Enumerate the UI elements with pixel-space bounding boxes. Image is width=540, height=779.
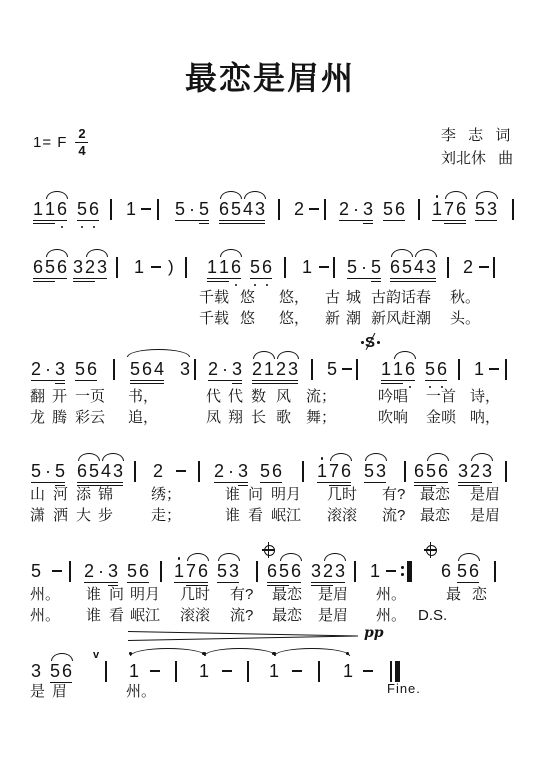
note-char: 6 (271, 462, 283, 480)
note-char: 1 (473, 360, 485, 378)
lyric-word: 追， (128, 410, 158, 426)
beam-line (232, 383, 242, 384)
tie-dot (273, 652, 276, 655)
key-text: 1= F (33, 134, 67, 151)
lyric-word: 悠 (240, 311, 255, 327)
note-char: 1 (369, 562, 381, 580)
note-char: 2 (251, 360, 263, 378)
note-char: 5 (216, 562, 228, 580)
slur-arc (46, 249, 68, 257)
beam-line (33, 281, 55, 282)
lyric-word: 问 (248, 487, 263, 503)
beam-line (33, 220, 67, 221)
slur-arc (51, 653, 73, 661)
note-char: 3 (362, 200, 374, 218)
barline (247, 661, 249, 682)
lyric-word: 滚滚 (180, 608, 210, 624)
note-group: 2·3 (213, 462, 249, 480)
barline (194, 359, 196, 380)
note-group: 1 (133, 258, 145, 276)
note-group: 2·3 (83, 562, 119, 580)
lyric-word: 是眉 (318, 587, 348, 603)
note-group: 56 (249, 258, 273, 276)
slur-arc (280, 553, 302, 561)
lyric-word: 翔 (228, 410, 243, 426)
slur-arc (253, 351, 275, 359)
note-char: 3 (112, 462, 124, 480)
lyric-word: 千载 (199, 290, 229, 306)
note-group: 656 (32, 258, 68, 276)
note-char: 5 (259, 462, 271, 480)
segno-icon (361, 341, 364, 344)
tie-arc (274, 648, 350, 656)
barline (157, 199, 159, 220)
note-group: 56 (456, 562, 480, 580)
note-char: 1 (268, 662, 280, 680)
barline (105, 661, 107, 682)
lyric-word: 最 (446, 587, 461, 603)
lyric-word: 最恋 (420, 487, 450, 503)
lyric-word: 最恋 (420, 508, 450, 524)
note-group: 1 (125, 200, 137, 218)
lyric-word: 大 (76, 508, 91, 524)
note-char: · (95, 562, 107, 580)
lyric-word: 翻 (30, 389, 45, 405)
note-char: · (42, 360, 54, 378)
note-char: 5 (474, 200, 486, 218)
beam-line (84, 582, 118, 583)
note-char: 5 (346, 258, 358, 276)
note-char: 3 (107, 562, 119, 580)
note-char: 2 (207, 360, 219, 378)
lyric-word: 代 (206, 389, 221, 405)
beam-line (475, 220, 497, 221)
note-char: 1 (301, 258, 313, 276)
note-char: 6 (56, 200, 68, 218)
note-char: 1 (392, 360, 404, 378)
tie-arc (130, 648, 206, 656)
beam-line (432, 220, 466, 221)
octave-dot-above (178, 557, 181, 560)
barline (284, 257, 286, 278)
barline (256, 561, 258, 582)
lyric-word: 潮 (346, 311, 361, 327)
note-char: 1 (125, 200, 137, 218)
note-char: 5 (76, 200, 88, 218)
note-char: 5 (129, 360, 141, 378)
slur-arc (277, 351, 299, 359)
note-char: 6 (290, 562, 302, 580)
octave-dot-below (93, 226, 96, 229)
barline (110, 199, 112, 220)
note-group: 656 (266, 562, 302, 580)
barline (160, 561, 162, 582)
beam-line (214, 482, 248, 483)
lyric-word: 岷江 (271, 508, 301, 524)
slur-arc (324, 553, 346, 561)
beam-line (75, 380, 97, 381)
note-group: 2 (462, 258, 474, 276)
lyric-word: 秋。 (450, 290, 480, 306)
note-group: 2 (293, 200, 305, 218)
beam-line (444, 223, 466, 224)
note-group: 2·3 (338, 200, 374, 218)
composer-credit: 刘北休 曲 (441, 147, 513, 168)
barline (311, 359, 313, 380)
octave-dot-below (409, 386, 412, 389)
note-char: 4 (242, 200, 254, 218)
lyric-word: 古 (325, 290, 340, 306)
lyric-word: 州。 (30, 608, 60, 624)
beam-line (252, 383, 298, 384)
note-group: 116 (32, 200, 68, 218)
lyric-word: 州。 (376, 608, 406, 624)
lyric-word: 有? (230, 587, 253, 603)
note-char: 3 (457, 462, 469, 480)
beam-line (252, 380, 298, 381)
note-group: 53 (363, 462, 387, 480)
lyric-word: 锦 (98, 487, 113, 503)
note-group: 2·3 (30, 360, 66, 378)
beam-line (339, 220, 373, 221)
beam-line (73, 281, 95, 282)
lyric-word: 腾 (52, 410, 67, 426)
note-char: 6 (389, 258, 401, 276)
barline (418, 199, 420, 220)
note-char: 5 (30, 562, 42, 580)
octave-dot-above (321, 457, 324, 460)
barline (494, 561, 496, 582)
slur-arc (415, 249, 437, 257)
note-group: 2·3 (207, 360, 243, 378)
time-numerator: 2 (78, 127, 85, 140)
duration-dash (176, 470, 186, 472)
note-char: 6 (436, 360, 448, 378)
beam-line (381, 380, 415, 381)
barline (458, 359, 460, 380)
barline (324, 199, 326, 220)
beam-line (217, 582, 239, 583)
slur-arc (471, 453, 493, 461)
beam-line (390, 278, 436, 279)
note-group: 116 (380, 360, 416, 378)
beam-line (33, 278, 67, 279)
octave-dot-below (235, 284, 238, 287)
note-char: 2 (213, 462, 225, 480)
beam-line (311, 582, 345, 583)
duration-dash (489, 368, 499, 370)
note-char: 6 (76, 462, 88, 480)
note-char: 5 (401, 258, 413, 276)
lyric-word: 新 (325, 311, 340, 327)
note-group: 5 (30, 562, 42, 580)
lyric-word: 添 (76, 487, 91, 503)
beam-line (73, 278, 107, 279)
beam-line (317, 482, 351, 483)
lyric-word: 诗， (470, 389, 500, 405)
lyric-word: 潇 (30, 508, 45, 524)
note-char: 6 (340, 462, 352, 480)
lyric-word: 谁 (86, 608, 101, 624)
coda-icon (264, 545, 275, 556)
note-char: · (358, 258, 370, 276)
note-char: 6 (218, 200, 230, 218)
note-group: 6543 (218, 200, 266, 218)
note-char: 5 (363, 462, 375, 480)
slur-arc (46, 191, 68, 199)
note-group: 323 (457, 462, 493, 480)
barline (505, 461, 507, 482)
note-char: 2 (83, 562, 95, 580)
note-group: 1 (301, 258, 313, 276)
beam-line (175, 220, 209, 221)
note-group: 56 (382, 200, 406, 218)
lyric-word: 流? (230, 608, 253, 624)
lyric-word: 是 (30, 684, 45, 700)
note-char: 1 (198, 662, 210, 680)
lyric-word: 看 (248, 508, 263, 524)
note-char: 1 (342, 662, 354, 680)
note-char: 1 (128, 662, 140, 680)
paren-mark: ) (168, 258, 174, 276)
note-char: 3 (30, 662, 42, 680)
note-char: 5 (424, 360, 436, 378)
note-char: 2 (30, 360, 42, 378)
note-group: 1 (128, 662, 140, 680)
note-char: 4 (413, 258, 425, 276)
duration-dash (150, 670, 160, 672)
beam-line (31, 380, 65, 381)
note-char: 5 (456, 562, 468, 580)
sheet-music-page: 最恋是眉州 1= F 2 4 李 志 词 刘北休 曲 1165615·56543… (0, 0, 540, 779)
lyric-word: 千载 (199, 311, 229, 327)
lyric-word: 吟唱 (378, 389, 408, 405)
lyric-word: 走； (151, 508, 181, 524)
beam-line (77, 220, 99, 221)
duration-dash (309, 208, 319, 210)
lyric-word: 滚滚 (327, 508, 357, 524)
note-group: 56 (74, 360, 98, 378)
lyric-word: 最恋 (272, 608, 302, 624)
note-group: 5·5 (174, 200, 210, 218)
note-char: 4 (153, 360, 165, 378)
lyric-word: 一首 (426, 389, 456, 405)
note-char: · (42, 462, 54, 480)
duration-dash (222, 670, 232, 672)
note-group: 1 (268, 662, 280, 680)
key-signature: 1= F 2 4 (33, 127, 88, 157)
beam-line (130, 380, 164, 381)
beam-line (199, 223, 209, 224)
barline (302, 461, 304, 482)
lyric-word: 头。 (450, 311, 480, 327)
barline (113, 359, 115, 380)
slur-arc (78, 453, 100, 461)
note-group: 656 (413, 462, 449, 480)
note-char: 3 (287, 360, 299, 378)
note-char: 5 (425, 462, 437, 480)
note-char: 2 (462, 258, 474, 276)
note-char: 6 (141, 360, 153, 378)
barline (404, 461, 406, 482)
note-char: 7 (185, 562, 197, 580)
note-char: 5 (54, 462, 66, 480)
slur-arc (244, 191, 266, 199)
barline (116, 257, 118, 278)
note-group: 56 (424, 360, 448, 378)
note-char: 7 (328, 462, 340, 480)
song-title: 最恋是眉州 (0, 53, 540, 99)
slur-arc (394, 351, 416, 359)
lyric-word: 数 (251, 389, 266, 405)
note-char: 6 (404, 360, 416, 378)
note-char: 3 (228, 562, 240, 580)
note-char: 6 (32, 258, 44, 276)
lyric-word: 步 (98, 508, 113, 524)
duration-dash (386, 570, 396, 572)
note-char: 3 (310, 562, 322, 580)
note-group: 1 (369, 562, 381, 580)
note-group: 1 (198, 662, 210, 680)
lyric-word: 眉 (52, 684, 67, 700)
lyricist-credit: 李 志 词 (441, 124, 510, 145)
note-char: 3 (237, 462, 249, 480)
slur-arc (365, 453, 387, 461)
note-char: 3 (72, 258, 84, 276)
barline (354, 561, 356, 582)
note-group: 5 (326, 360, 338, 378)
note-char: 5 (88, 462, 100, 480)
barline (175, 661, 177, 682)
lyric-word: 几时 (180, 587, 210, 603)
note-char: 6 (261, 258, 273, 276)
lyric-word: 一页 (75, 389, 105, 405)
note-char: 3 (254, 200, 266, 218)
note-char: 6 (266, 562, 278, 580)
lyric-word: 悠， (279, 311, 309, 327)
duration-dash (141, 208, 151, 210)
breath-mark-icon: v (93, 650, 99, 661)
note-char: 6 (61, 662, 73, 680)
note-char: · (225, 462, 237, 480)
note-group: 6543 (389, 258, 437, 276)
duration-dash (151, 266, 161, 268)
beam-line (55, 383, 65, 384)
note-char: 6 (440, 562, 452, 580)
note-char: 1 (431, 200, 443, 218)
duration-dash (479, 266, 489, 268)
lyric-word: 州。 (30, 587, 60, 603)
lyric-word: 金唢 (426, 410, 456, 426)
tie-dot (129, 652, 132, 655)
note-char: 3 (54, 360, 66, 378)
note-char: 5 (30, 462, 42, 480)
note-group: 5·5 (30, 462, 66, 480)
beam-line (207, 281, 229, 282)
duration-dash (52, 570, 62, 572)
note-group: 56 (126, 562, 150, 580)
lyric-word: 州。 (376, 587, 406, 603)
lyric-word: 最恋 (272, 587, 302, 603)
note-char: 3 (96, 258, 108, 276)
beam-line (347, 278, 381, 279)
lyric-word: 长 (251, 410, 266, 426)
tie-dot (346, 652, 349, 655)
lyric-word: 风 (276, 389, 291, 405)
note-char: 1 (316, 462, 328, 480)
slur-arc (445, 191, 467, 199)
beam-line (208, 380, 242, 381)
beam-line (31, 482, 65, 483)
note-group: 323 (310, 562, 346, 580)
fine-label: Fine. (387, 682, 421, 696)
note-char: 5 (230, 200, 242, 218)
lyric-word: 呐， (470, 410, 500, 426)
note-group: 2 (152, 462, 164, 480)
duration-dash (363, 670, 373, 672)
lyric-word: 看 (109, 608, 124, 624)
note-char: 1 (218, 258, 230, 276)
note-group: 53 (216, 562, 240, 580)
note-char: 5 (74, 360, 86, 378)
note-char: 2 (152, 462, 164, 480)
note-group: 323 (72, 258, 108, 276)
lyric-word: 流； (306, 389, 336, 405)
note-char: 6 (138, 562, 150, 580)
note-char: 1 (206, 258, 218, 276)
note-group: 3 (179, 360, 191, 378)
note-group: 56 (76, 200, 100, 218)
lyric-word: 歌 (276, 410, 291, 426)
segno-icon (377, 341, 380, 344)
barline (493, 257, 495, 278)
note-char: 1 (173, 562, 185, 580)
note-char: · (350, 200, 362, 218)
note-char: 5 (278, 562, 290, 580)
beam-line (371, 281, 381, 282)
note-char: 5 (174, 200, 186, 218)
slur-arc (187, 553, 209, 561)
note-group: 176 (316, 462, 352, 480)
note-char: · (219, 360, 231, 378)
final-thick-barline (395, 661, 400, 682)
repeat-dot (401, 566, 404, 569)
note-char: 5 (44, 258, 56, 276)
beam-line (250, 278, 272, 279)
octave-dot-below (81, 226, 84, 229)
note-group: 56 (49, 662, 73, 680)
octave-dot-below (254, 284, 257, 287)
repeat-thick-barline (407, 561, 412, 582)
note-char: 5 (326, 360, 338, 378)
duration-dash (292, 670, 302, 672)
note-group: 3 (30, 662, 42, 680)
note-char: 4 (100, 462, 112, 480)
slur-arc (458, 553, 480, 561)
note-group: 6 (440, 562, 452, 580)
barline (69, 561, 71, 582)
lyric-word: D.S. (418, 608, 447, 624)
note-group: 6543 (76, 462, 124, 480)
lyric-word: 有? (382, 487, 405, 503)
note-char: 3 (425, 258, 437, 276)
note-char: 6 (394, 200, 406, 218)
final-thin-barline (390, 661, 392, 682)
lyric-word: 几时 (327, 487, 357, 503)
note-char: 6 (437, 462, 449, 480)
coda-icon (426, 545, 437, 556)
lyric-word: 悠， (279, 290, 309, 306)
